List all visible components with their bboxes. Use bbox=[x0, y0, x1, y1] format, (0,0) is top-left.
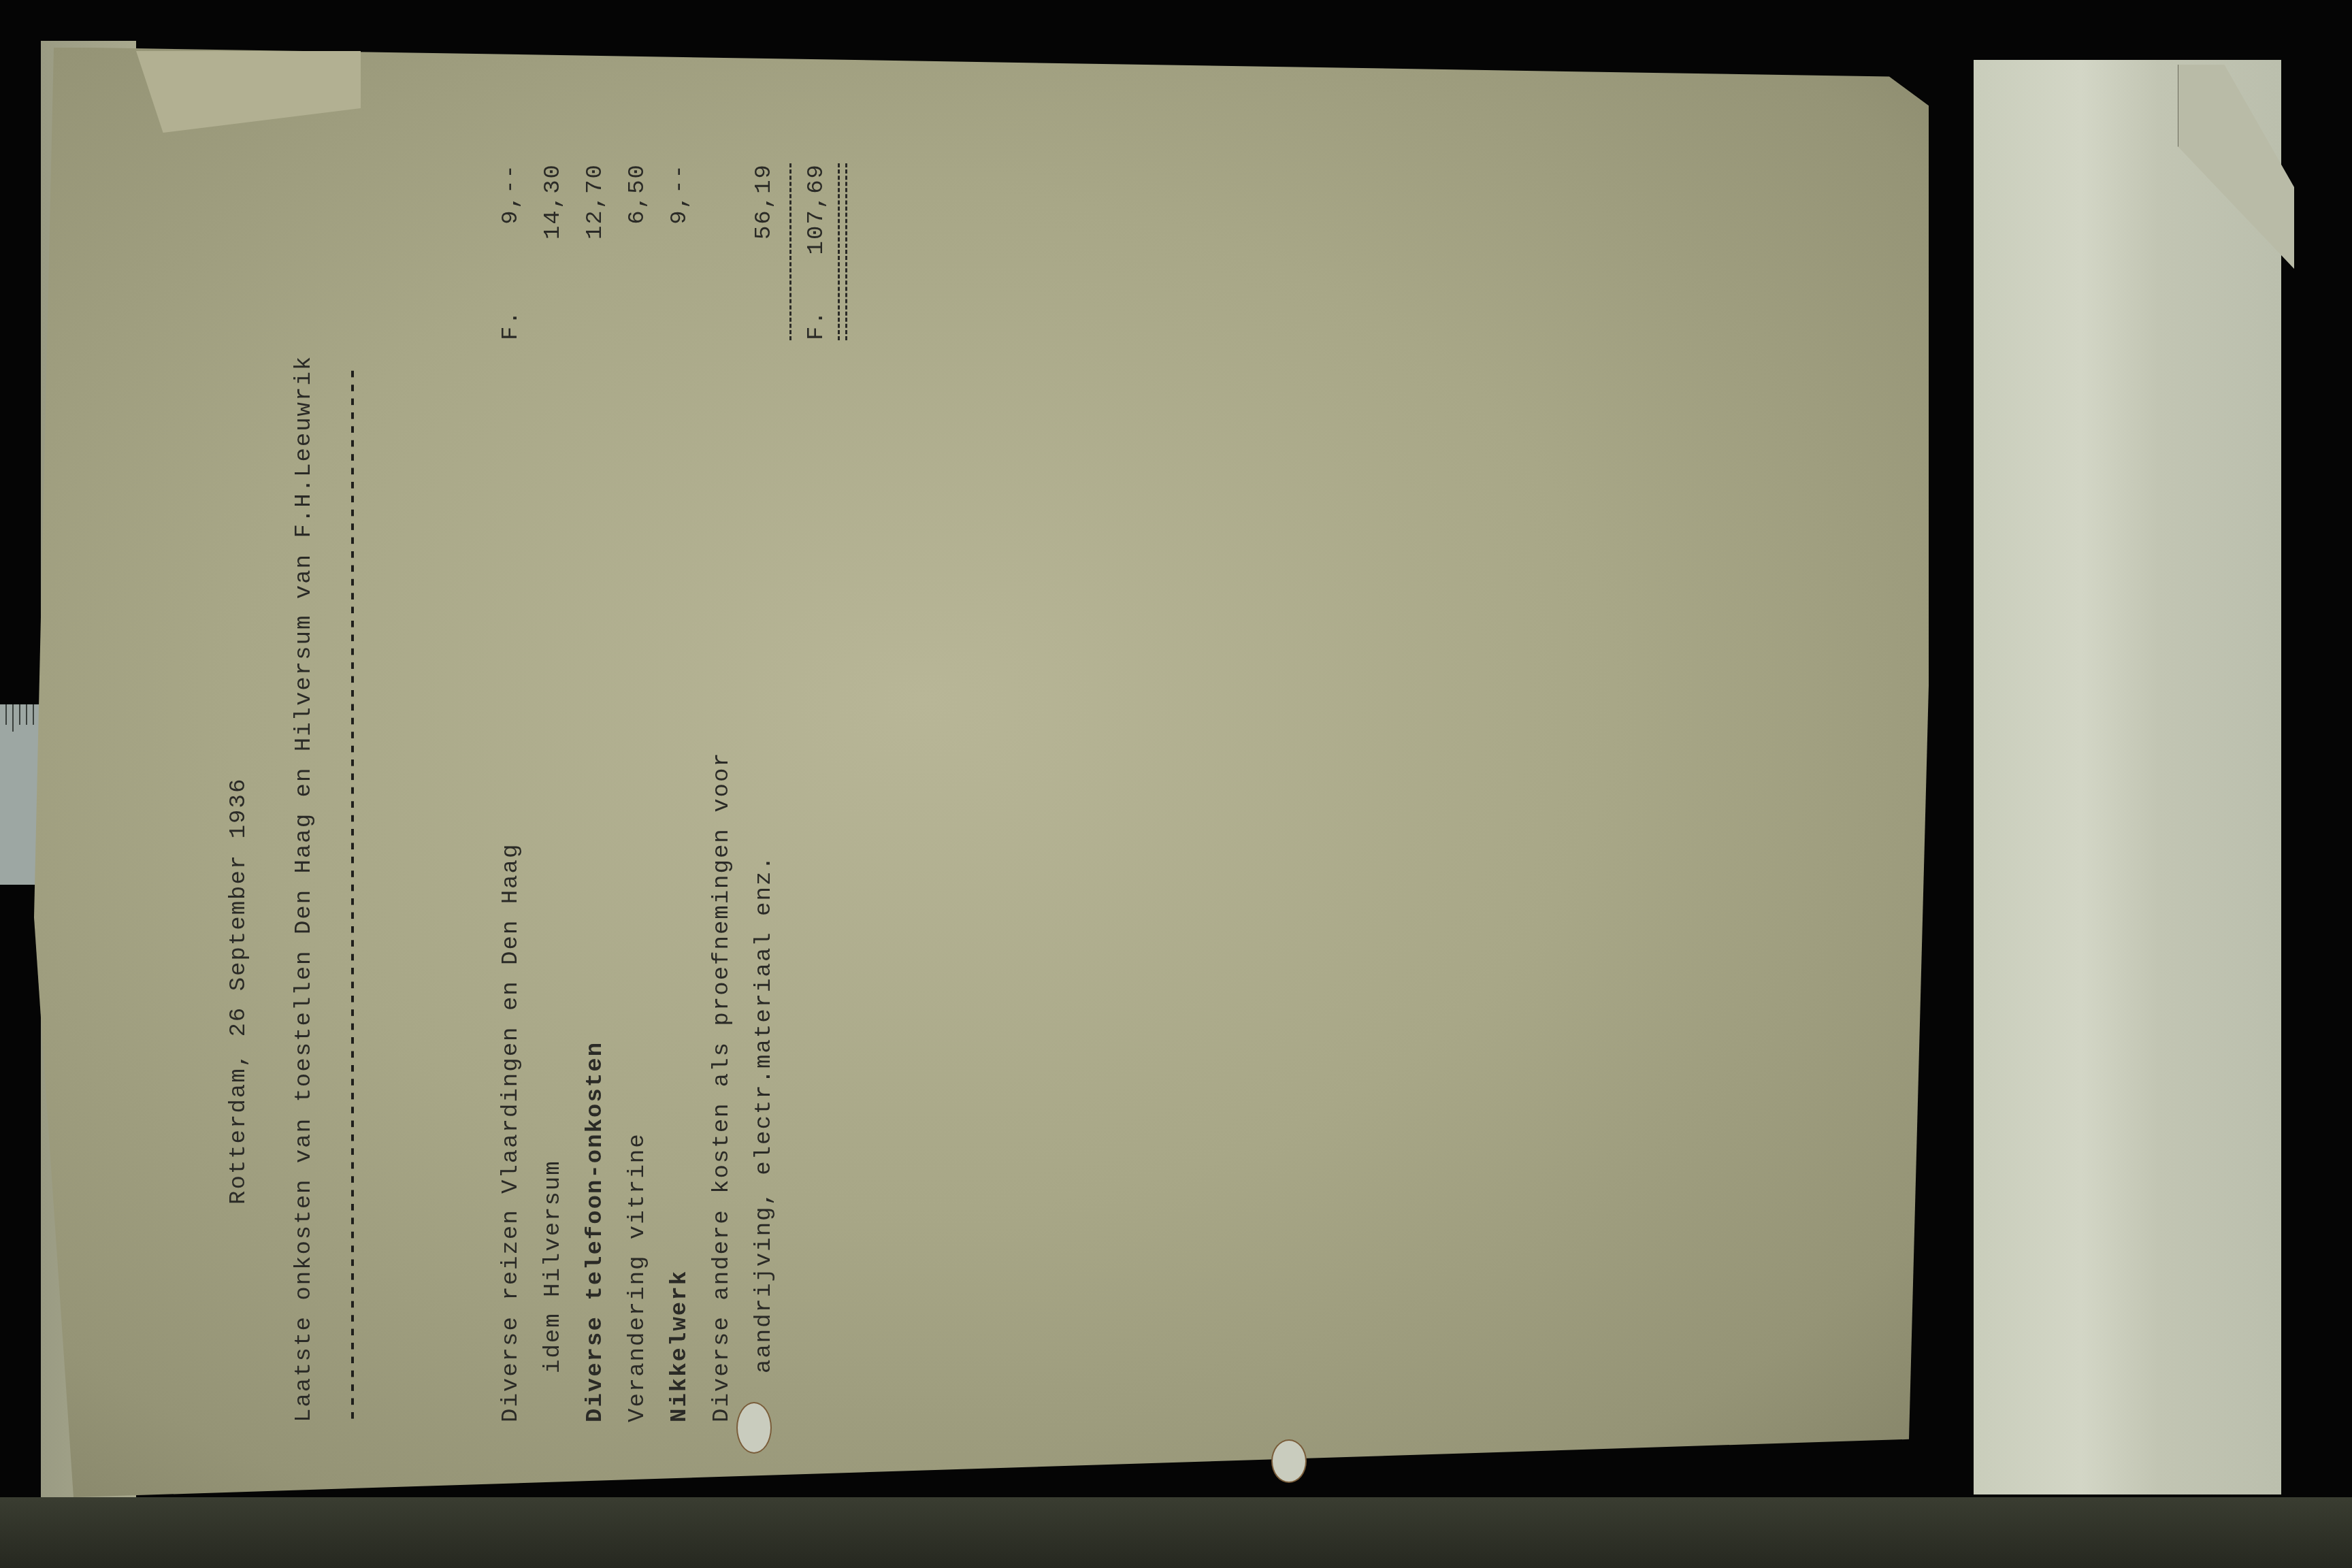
backing-sheet bbox=[1974, 60, 2281, 1494]
expense-row: Diverse telefoon-onkosten 12,70 bbox=[574, 163, 617, 1422]
scanner-shelf bbox=[0, 1497, 2352, 1568]
place-date: Rotterdam, 26 September 1936 bbox=[218, 163, 260, 1422]
expense-amount: 9,-- bbox=[659, 163, 701, 279]
total-currency: F. bbox=[796, 279, 838, 340]
expense-amount: 56,19 bbox=[743, 163, 785, 279]
separator-line: ----------------------------------------… bbox=[332, 163, 374, 1422]
total-amount: 107,69 bbox=[796, 163, 838, 279]
expense-label: Nikkelwerk bbox=[659, 340, 701, 1422]
currency bbox=[532, 279, 574, 340]
expense-label: Diverse andere kosten als proefnemingen … bbox=[701, 340, 743, 1422]
currency bbox=[574, 279, 617, 340]
expense-amount: 12,70 bbox=[574, 163, 617, 279]
currency bbox=[659, 279, 701, 340]
expense-label: Diverse telefoon-onkosten bbox=[574, 340, 617, 1422]
total-double-rule bbox=[838, 163, 847, 340]
punch-hole bbox=[1271, 1439, 1307, 1483]
currency: F. bbox=[490, 279, 532, 340]
currency bbox=[617, 279, 659, 340]
expense-row: Diverse reizen Vlaardingen en Den Haag F… bbox=[490, 163, 532, 1422]
expense-label: aandrijving, electr.materiaal enz. bbox=[743, 340, 785, 1422]
typed-text: Rotterdam, 26 September 1936 Laatste onk… bbox=[218, 163, 847, 1422]
total-row: F. 107,69 bbox=[796, 163, 838, 1422]
expense-row: Verandering vitrine 6,50 bbox=[617, 163, 659, 1422]
expense-row: idem Hilversum 14,30 bbox=[532, 163, 574, 1422]
subtotal-rule bbox=[789, 163, 791, 340]
expense-amount: 9,-- bbox=[490, 163, 532, 279]
expense-amount: 6,50 bbox=[617, 163, 659, 279]
currency bbox=[743, 279, 785, 340]
expense-label: idem Hilversum bbox=[532, 340, 574, 1422]
expense-amount: 14,30 bbox=[532, 163, 574, 279]
document-title: Laatste onkosten van toestellen Den Haag… bbox=[283, 163, 325, 1422]
expense-row: aandrijving, electr.materiaal enz. 56,19 bbox=[743, 163, 785, 1422]
expense-amount bbox=[701, 163, 743, 279]
expense-label: Verandering vitrine bbox=[617, 340, 659, 1422]
expense-label: Diverse reizen Vlaardingen en Den Haag bbox=[490, 340, 532, 1422]
expense-row: Nikkelwerk 9,-- bbox=[659, 163, 701, 1422]
scale-ruler bbox=[0, 704, 39, 885]
expense-row: Diverse andere kosten als proefnemingen … bbox=[701, 163, 743, 1422]
expense-list: Diverse reizen Vlaardingen en Den Haag F… bbox=[490, 163, 847, 1422]
currency bbox=[701, 279, 743, 340]
